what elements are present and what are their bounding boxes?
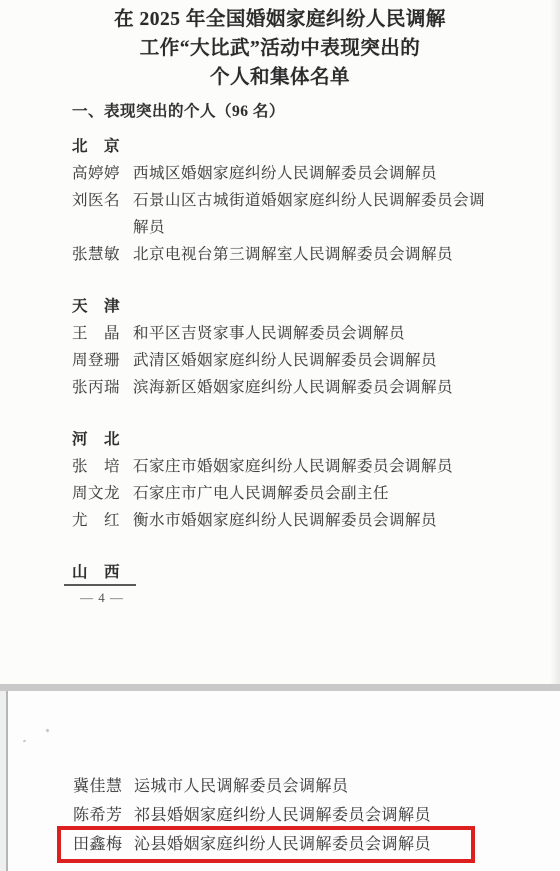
- person-name: 张 培: [72, 453, 133, 480]
- page-number: — 4 —: [62, 589, 142, 606]
- list-item: 张 培 石家庄市婚姻家庭纠纷人民调解委员会调解员: [72, 453, 498, 480]
- list-item: 王 晶 和平区吉贤家事人民调解委员会调解员: [72, 320, 498, 347]
- person-organization: 运城市人民调解委员会调解员: [134, 772, 493, 801]
- scan-speck: [45, 728, 49, 732]
- person-organization: 祁县婚姻家庭纠纷人民调解委员会调解员: [134, 801, 493, 830]
- person-name: 张慧敏: [72, 241, 133, 268]
- person-name: 张丙瑞: [72, 374, 133, 401]
- province-name: 北 京: [72, 133, 498, 160]
- person-name: 周登珊: [72, 347, 133, 374]
- list-item-highlighted: 田鑫梅 沁县婚姻家庭纠纷人民调解委员会调解员: [73, 830, 493, 859]
- person-organization: 西城区婚姻家庭纠纷人民调解委员会调解员: [133, 160, 498, 187]
- person-organization: 北京电视台第三调解室人民调解委员会调解员: [133, 241, 498, 268]
- person-organization: 和平区吉贤家事人民调解委员会调解员: [133, 320, 498, 347]
- person-name: 刘医名: [72, 187, 133, 214]
- list-item: 冀佳慧 运城市人民调解委员会调解员: [73, 772, 493, 801]
- person-name: 高婷婷: [72, 160, 133, 187]
- section-heading: 一、表现突出的个人（96 名）: [72, 100, 285, 124]
- page-2: 冀佳慧 运城市人民调解委员会调解员 陈希芳 祁县婚姻家庭纠纷人民调解委员会调解员…: [0, 691, 560, 871]
- page-1: 在 2025 年全国婚姻家庭纠纷人民调解 工作“大比武”活动中表现突出的 个人和…: [0, 0, 560, 684]
- title-line-2: 工作“大比武”活动中表现突出的: [0, 34, 560, 63]
- page-edge-shadow: [550, 0, 560, 684]
- province-group-beijing: 北 京 高婷婷 西城区婚姻家庭纠纷人民调解委员会调解员 刘医名 石景山区古城街道…: [72, 133, 498, 268]
- person-organization: 沁县婚姻家庭纠纷人民调解委员会调解员: [134, 830, 493, 859]
- person-name: 周文龙: [72, 480, 133, 507]
- person-name: 冀佳慧: [73, 772, 134, 801]
- footer-divider-line: [64, 584, 136, 586]
- person-name: 田鑫梅: [73, 830, 134, 859]
- person-organization: 石家庄市婚姻家庭纠纷人民调解委员会调解员: [133, 453, 498, 480]
- list-item: 尤 红 衡水市婚姻家庭纠纷人民调解委员会调解员: [72, 507, 498, 534]
- list-item: 陈希芳 祁县婚姻家庭纠纷人民调解委员会调解员: [73, 801, 493, 830]
- list-item: 张慧敏 北京电视台第三调解室人民调解委员会调解员: [72, 241, 498, 268]
- award-list-continued: 冀佳慧 运城市人民调解委员会调解员 陈希芳 祁县婚姻家庭纠纷人民调解委员会调解员…: [73, 772, 493, 859]
- scan-speck: [23, 739, 27, 742]
- province-group-shanxi: 山 西: [72, 559, 498, 586]
- province-group-tianjin: 天 津 王 晶 和平区吉贤家事人民调解委员会调解员 周登珊 武清区婚姻家庭纠纷人…: [72, 293, 498, 401]
- person-organization: 武清区婚姻家庭纠纷人民调解委员会调解员: [133, 347, 498, 374]
- person-name: 陈希芳: [73, 801, 134, 830]
- title-line-3: 个人和集体名单: [0, 63, 560, 92]
- list-item: 刘医名 石景山区古城街道婚姻家庭纠纷人民调解委员会调解员: [72, 187, 498, 241]
- document-screenshot: 在 2025 年全国婚姻家庭纠纷人民调解 工作“大比武”活动中表现突出的 个人和…: [0, 0, 560, 871]
- page-separator-band: [0, 684, 560, 691]
- person-name: 尤 红: [72, 507, 133, 534]
- person-name: 王 晶: [72, 320, 133, 347]
- list-item: 高婷婷 西城区婚姻家庭纠纷人民调解委员会调解员: [72, 160, 498, 187]
- list-item: 周文龙 石家庄市广电人民调解委员会副主任: [72, 480, 498, 507]
- title-line-1: 在 2025 年全国婚姻家庭纠纷人民调解: [0, 5, 560, 34]
- person-organization: 石家庄市广电人民调解委员会副主任: [133, 480, 498, 507]
- list-item: 周登珊 武清区婚姻家庭纠纷人民调解委员会调解员: [72, 347, 498, 374]
- province-group-hebei: 河 北 张 培 石家庄市婚姻家庭纠纷人民调解委员会调解员 周文龙 石家庄市广电人…: [72, 426, 498, 534]
- person-organization: 石景山区古城街道婚姻家庭纠纷人民调解委员会调解员: [133, 187, 498, 241]
- scan-edge-line: [6, 691, 8, 871]
- person-organization: 滨海新区婚姻家庭纠纷人民调解委员会调解员: [133, 374, 498, 401]
- province-name: 河 北: [72, 426, 498, 453]
- province-name: 山 西: [72, 559, 498, 586]
- province-name: 天 津: [72, 293, 498, 320]
- person-organization: 衡水市婚姻家庭纠纷人民调解委员会调解员: [133, 507, 498, 534]
- document-title: 在 2025 年全国婚姻家庭纠纷人民调解 工作“大比武”活动中表现突出的 个人和…: [0, 5, 560, 92]
- award-list: 北 京 高婷婷 西城区婚姻家庭纠纷人民调解委员会调解员 刘医名 石景山区古城街道…: [72, 133, 498, 586]
- list-item: 张丙瑞 滨海新区婚姻家庭纠纷人民调解委员会调解员: [72, 374, 498, 401]
